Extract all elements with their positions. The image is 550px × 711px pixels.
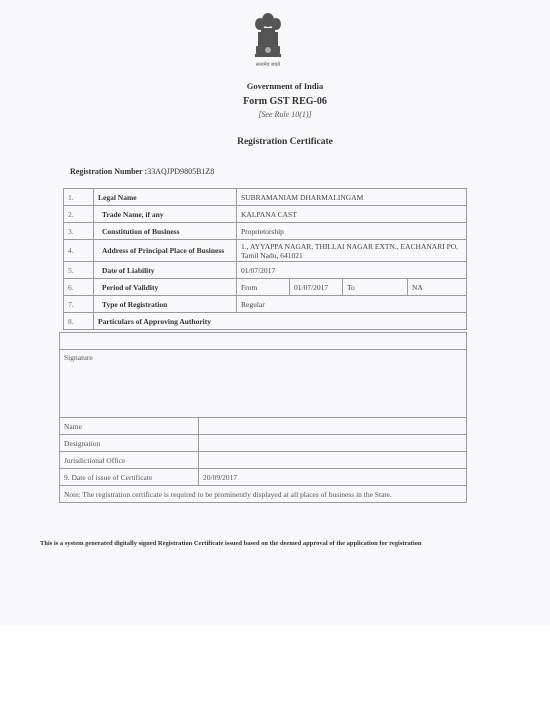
scanned-certificate-page: सत्यमेव जयते Government of India Form GS… <box>0 0 550 625</box>
validity-from-label: From <box>237 279 290 296</box>
national-emblem-icon <box>248 10 288 62</box>
registration-number-value: 33AQJPD9805B1Z8 <box>147 167 214 176</box>
display-note: Note: The registration certificate is re… <box>60 486 467 503</box>
table-row: 6. Period of Validity From 01/07/2017 To… <box>64 279 467 296</box>
approving-authority-table: Signature Name Designation Jurisdictiona… <box>59 332 467 503</box>
name-label: Name <box>60 418 199 435</box>
government-heading: Government of India <box>10 81 550 91</box>
address-value: 1., AYYAPPA NAGAR, THILLAI NAGAR EXTN., … <box>237 240 467 262</box>
table-row: 4. Address of Principal Place of Busines… <box>64 240 467 262</box>
table-row: 5. Date of Liability 01/07/2017 <box>64 262 467 279</box>
registration-type-value: Regular <box>237 296 467 313</box>
validity-to-value: NA <box>408 279 467 296</box>
name-value <box>199 418 467 435</box>
legal-name-label: Legal Name <box>94 189 237 206</box>
designation-value <box>199 435 467 452</box>
trade-name-label: Trade Name, if any <box>94 206 237 223</box>
issue-date-value: 20/09/2017 <box>199 469 467 486</box>
system-generated-note: This is a system generated digitally sig… <box>40 539 480 549</box>
legal-name-value: SUBRAMANIAM DHARMALINGAM <box>237 189 467 206</box>
certificate-title: Registration Certificate <box>10 137 550 147</box>
jurisdictional-office-value <box>199 452 467 469</box>
table-row: Note: The registration certificate is re… <box>60 486 467 503</box>
registration-number: Registration Number :33AQJPD9805B1Z8 <box>70 167 214 176</box>
signature-row: Signature <box>60 350 467 418</box>
table-row: 8. Particulars of Approving Authority <box>64 313 467 330</box>
registration-number-label: Registration Number : <box>70 167 147 176</box>
approving-authority-label: Particulars of Approving Authority <box>94 313 467 330</box>
issue-date-label: 9. Date of issue of Certificate <box>60 469 199 486</box>
table-row: 9. Date of issue of Certificate 20/09/20… <box>60 469 467 486</box>
table-row: 1. Legal Name SUBRAMANIAM DHARMALINGAM <box>64 189 467 206</box>
form-title: Form GST REG-06 <box>10 96 550 107</box>
registration-details-table: 1. Legal Name SUBRAMANIAM DHARMALINGAM 2… <box>63 188 467 330</box>
registration-type-label: Type of Registration <box>94 296 237 313</box>
jurisdictional-office-label: Jurisdictional Office <box>60 452 199 469</box>
signature-label: Signature <box>60 350 467 418</box>
table-row: Name <box>60 418 467 435</box>
designation-label: Designation <box>60 435 199 452</box>
validity-to-label: To <box>343 279 408 296</box>
validity-label: Period of Validity <box>94 279 237 296</box>
table-row <box>60 333 467 350</box>
validity-from-value: 01/07/2017 <box>290 279 343 296</box>
rule-reference: [See Rule 10(1)] <box>10 110 550 119</box>
table-row: 2. Trade Name, if any KALPANA CAST <box>64 206 467 223</box>
emblem-motto: सत्यमेव जयते <box>238 62 298 68</box>
table-row: Jurisdictional Office <box>60 452 467 469</box>
table-row: Designation <box>60 435 467 452</box>
constitution-value: Proprietorship <box>237 223 467 240</box>
table-row: 3. Constitution of Business Proprietorsh… <box>64 223 467 240</box>
address-label: Address of Principal Place of Business <box>94 240 237 262</box>
liability-date-value: 01/07/2017 <box>237 262 467 279</box>
constitution-label: Constitution of Business <box>94 223 237 240</box>
table-row: 7. Type of Registration Regular <box>64 296 467 313</box>
trade-name-value: KALPANA CAST <box>237 206 467 223</box>
liability-date-label: Date of Liability <box>94 262 237 279</box>
